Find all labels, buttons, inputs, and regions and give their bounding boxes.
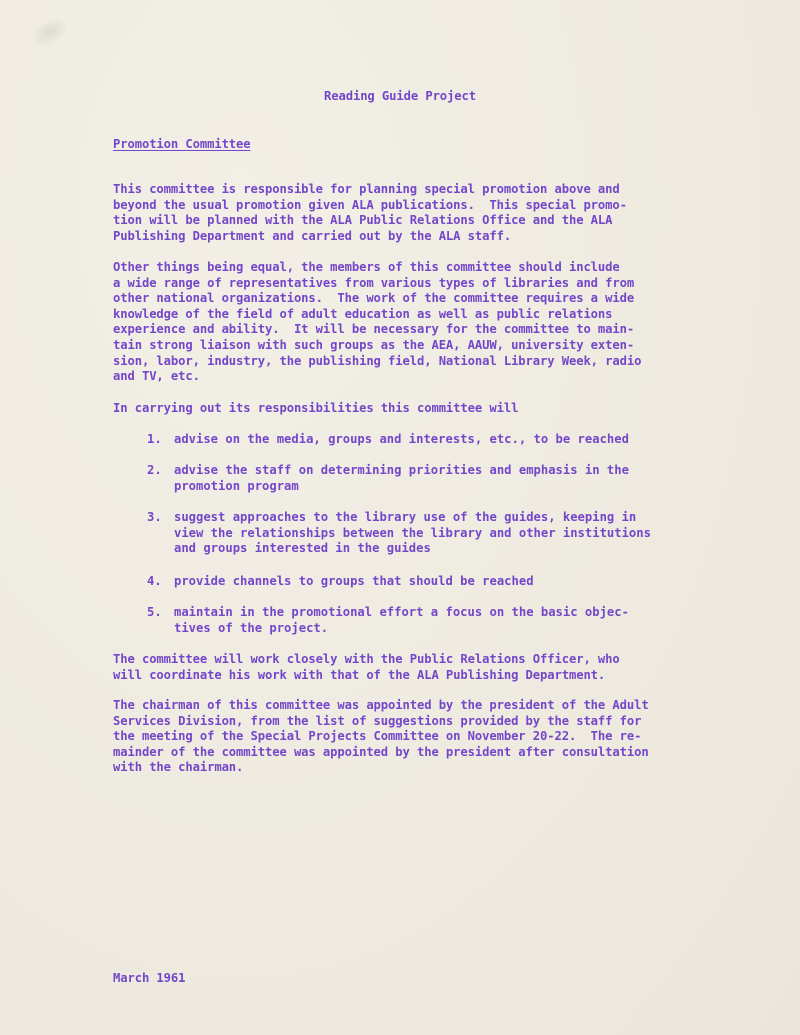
list-item-text: provide channels to groups that should b… bbox=[174, 574, 534, 590]
section-heading: Promotion Committee bbox=[113, 137, 251, 153]
list-item-text: advise on the media, groups and interest… bbox=[174, 432, 629, 448]
document-page: Reading Guide Project Promotion Committe… bbox=[0, 0, 800, 1035]
paragraph-appointment: The chairman of this committee was appoi… bbox=[113, 698, 713, 776]
list-item-number: 1. bbox=[147, 432, 162, 448]
document-title: Reading Guide Project bbox=[0, 89, 800, 105]
list-item-text: advise the staff on determining prioriti… bbox=[174, 463, 629, 494]
paragraph-coordination: The committee will work closely with the… bbox=[113, 652, 713, 683]
list-item-number: 5. bbox=[147, 605, 162, 621]
list-item-number: 3. bbox=[147, 510, 162, 526]
list-item-text: maintain in the promotional effort a foc… bbox=[174, 605, 629, 636]
list-item-number: 2. bbox=[147, 463, 162, 479]
paper-smudge bbox=[27, 12, 74, 52]
paragraph-intro: In carrying out its responsibilities thi… bbox=[113, 401, 713, 417]
document-date: March 1961 bbox=[113, 971, 185, 987]
paragraph-responsibility: This committee is responsible for planni… bbox=[113, 182, 713, 244]
list-item-number: 4. bbox=[147, 574, 162, 590]
list-item-text: suggest approaches to the library use of… bbox=[174, 510, 651, 557]
paragraph-membership: Other things being equal, the members of… bbox=[113, 260, 713, 385]
